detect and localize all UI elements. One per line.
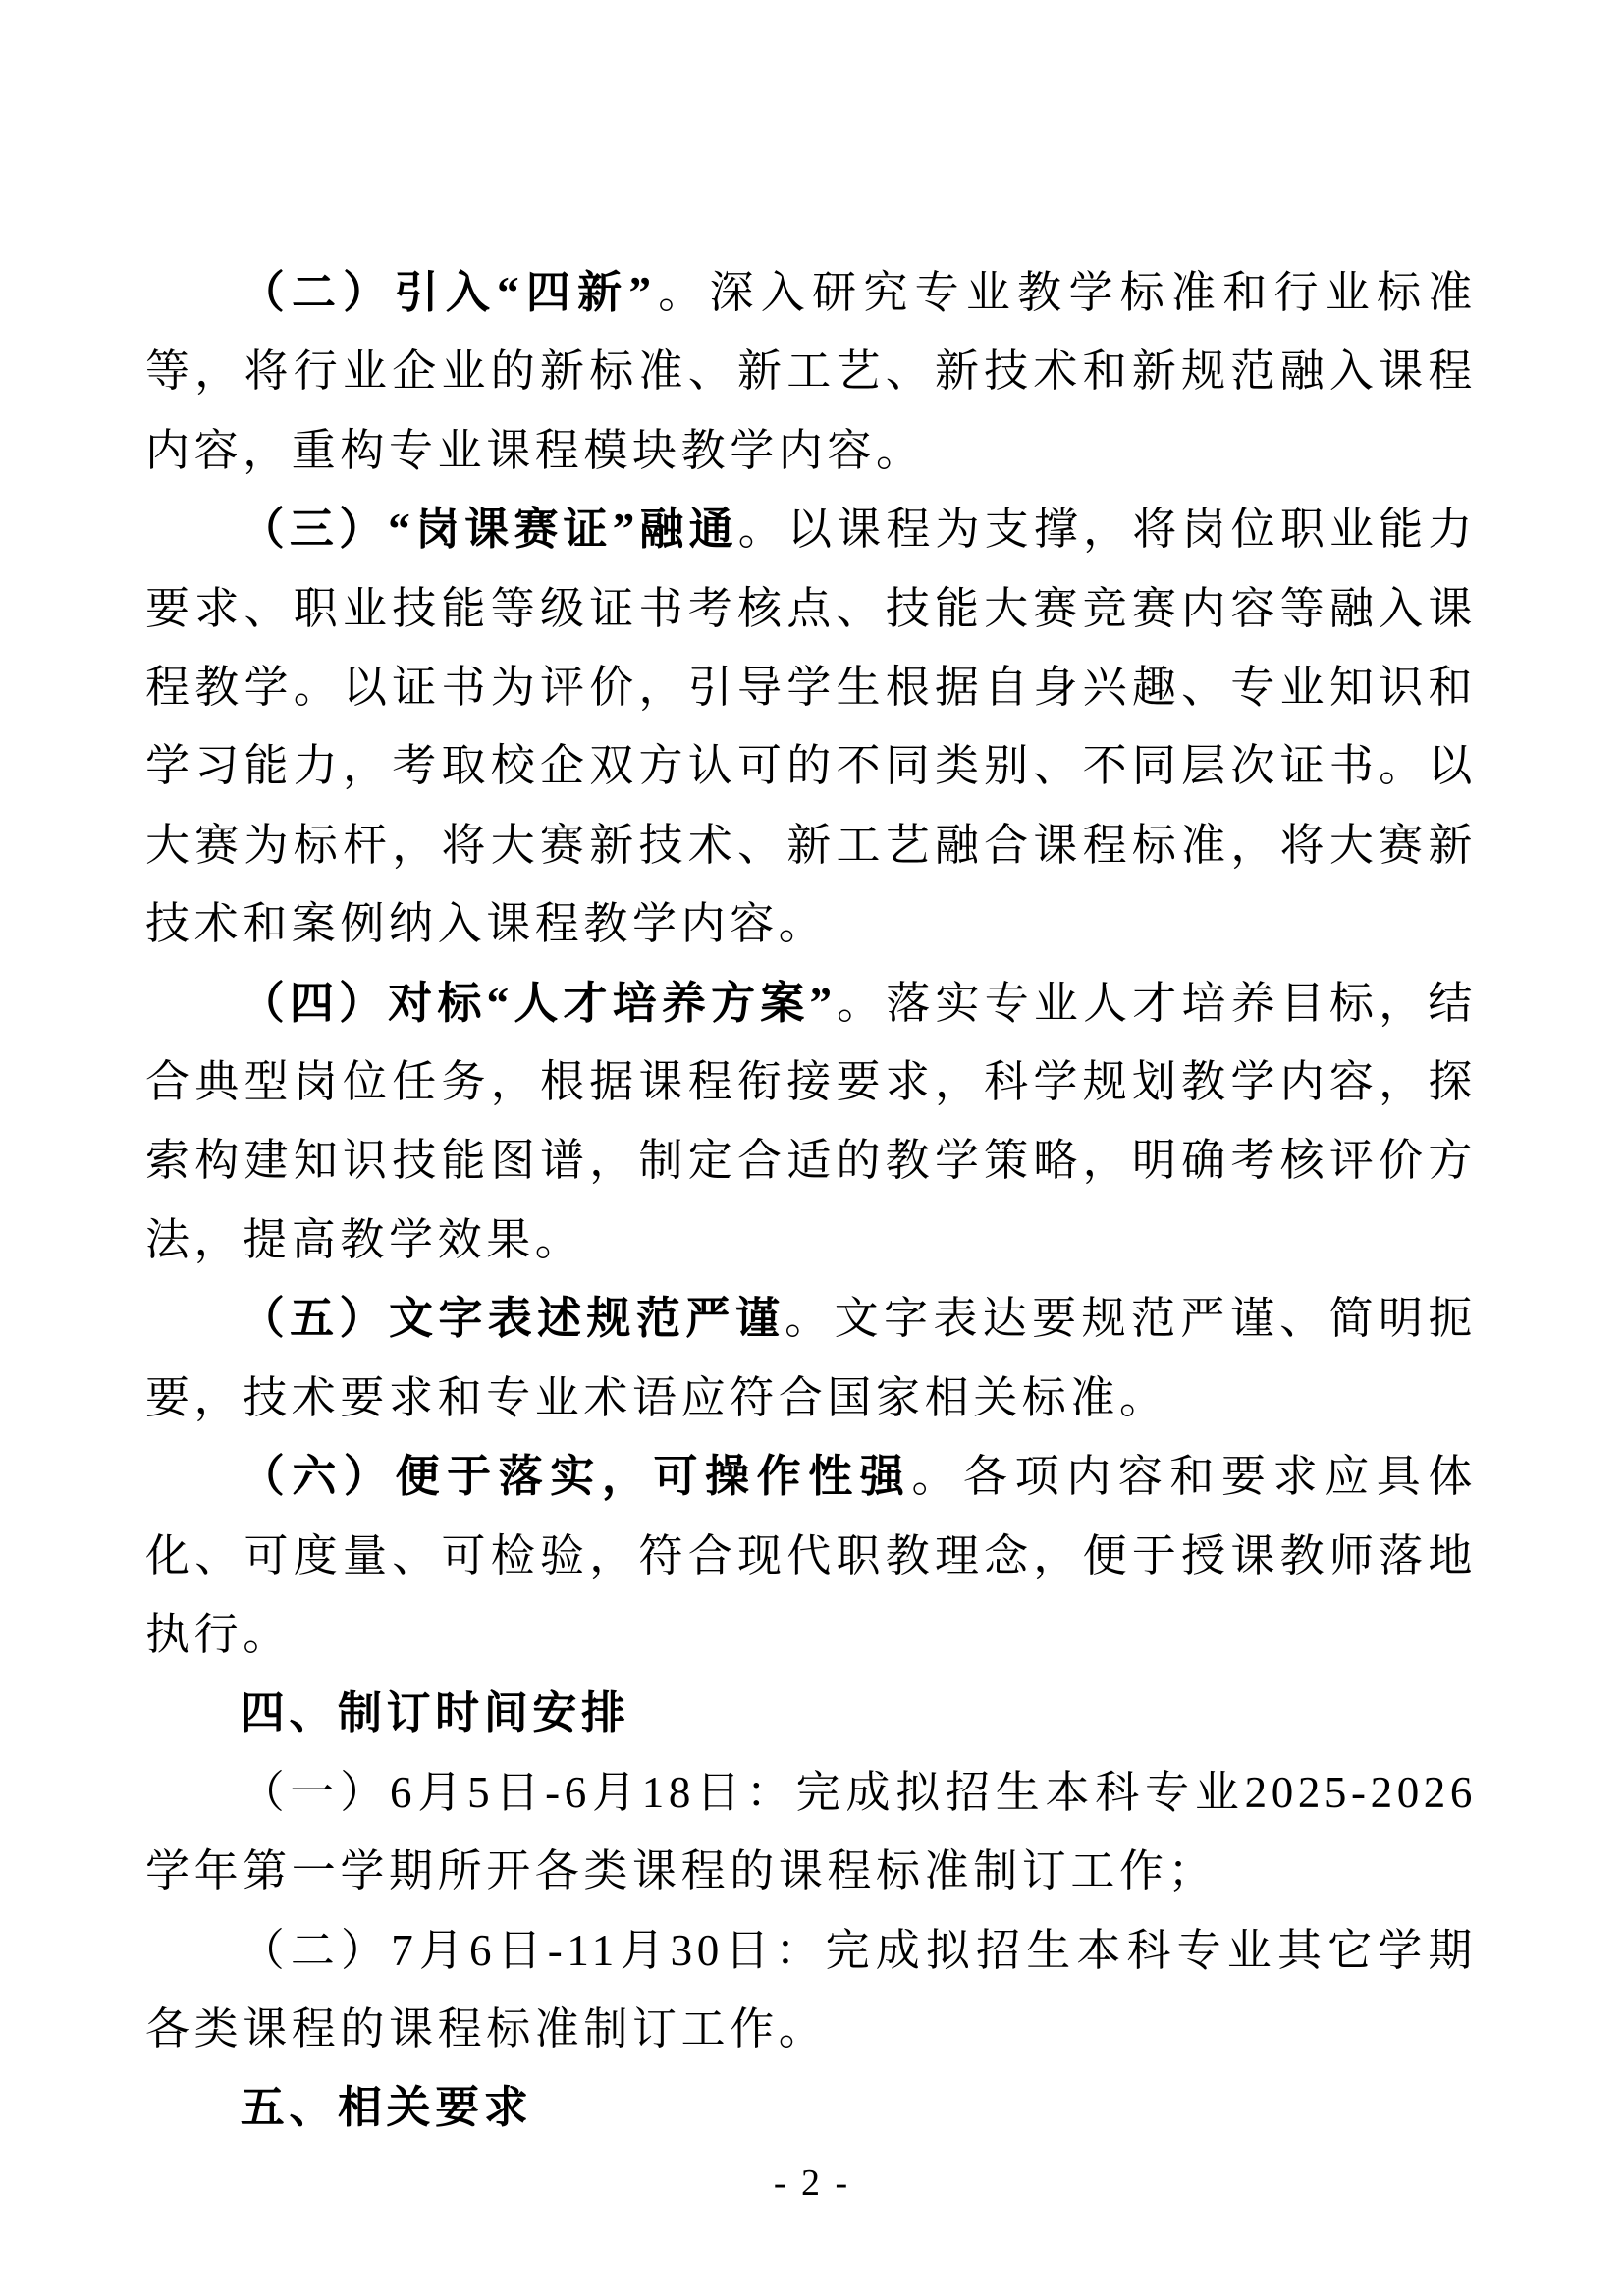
schedule-item-1-text: （一）6月5日-6月18日：完成拟招生本科专业2025-2026学年第一学期所开… [145, 1768, 1477, 1896]
paragraph-item-4: （四）对标“人才培养方案”。落实专业人才培养目标，结合典型岗位任务，根据课程衔接… [145, 964, 1477, 1280]
paragraph-item-2-lead: （二）引入“四新” [241, 268, 656, 317]
document-body: （二）引入“四新”。深入研究专业教学标准和行业标准等，将行业企业的新标准、新工艺… [145, 253, 1477, 2148]
paragraph-item-6: （六）便于落实，可操作性强。各项内容和要求应具体化、可度量、可检验，符合现代职教… [145, 1437, 1477, 1674]
schedule-item-2: （二）7月6日-11月30日：完成拟招生本科专业其它学期各类课程的课程标准制订工… [145, 1911, 1477, 2069]
paragraph-item-6-lead: （六）便于落实，可操作性强 [241, 1452, 912, 1501]
paragraph-item-3: （三）“岗课赛证”融通。以课程为支撑，将岗位职业能力要求、职业技能等级证书考核点… [145, 490, 1477, 963]
section-heading-requirements: 五、相关要求 [145, 2068, 1477, 2147]
paragraph-item-4-lead: （四）对标“人才培养方案” [241, 979, 837, 1028]
section-heading-schedule: 四、制订时间安排 [145, 1674, 1477, 1752]
page-number: - 2 - [0, 2162, 1624, 2205]
paragraph-item-5: （五）文字表述规范严谨。文字表达要规范严谨、简明扼要，技术要求和专业术语应符合国… [145, 1279, 1477, 1437]
paragraph-item-3-lead: （三）“岗课赛证”融通 [241, 505, 738, 554]
schedule-item-2-text: （二）7月6日-11月30日：完成拟招生本科专业其它学期各类课程的课程标准制订工… [145, 1926, 1477, 2054]
document-page: （二）引入“四新”。深入研究专业教学标准和行业标准等，将行业企业的新标准、新工艺… [0, 0, 1624, 2296]
paragraph-item-2: （二）引入“四新”。深入研究专业教学标准和行业标准等，将行业企业的新标准、新工艺… [145, 253, 1477, 490]
schedule-item-1: （一）6月5日-6月18日：完成拟招生本科专业2025-2026学年第一学期所开… [145, 1753, 1477, 1911]
paragraph-item-3-text: 。以课程为支撑，将岗位职业能力要求、职业技能等级证书考核点、技能大赛竞赛内容等融… [145, 505, 1477, 948]
paragraph-item-5-lead: （五）文字表述规范严谨 [241, 1294, 785, 1343]
